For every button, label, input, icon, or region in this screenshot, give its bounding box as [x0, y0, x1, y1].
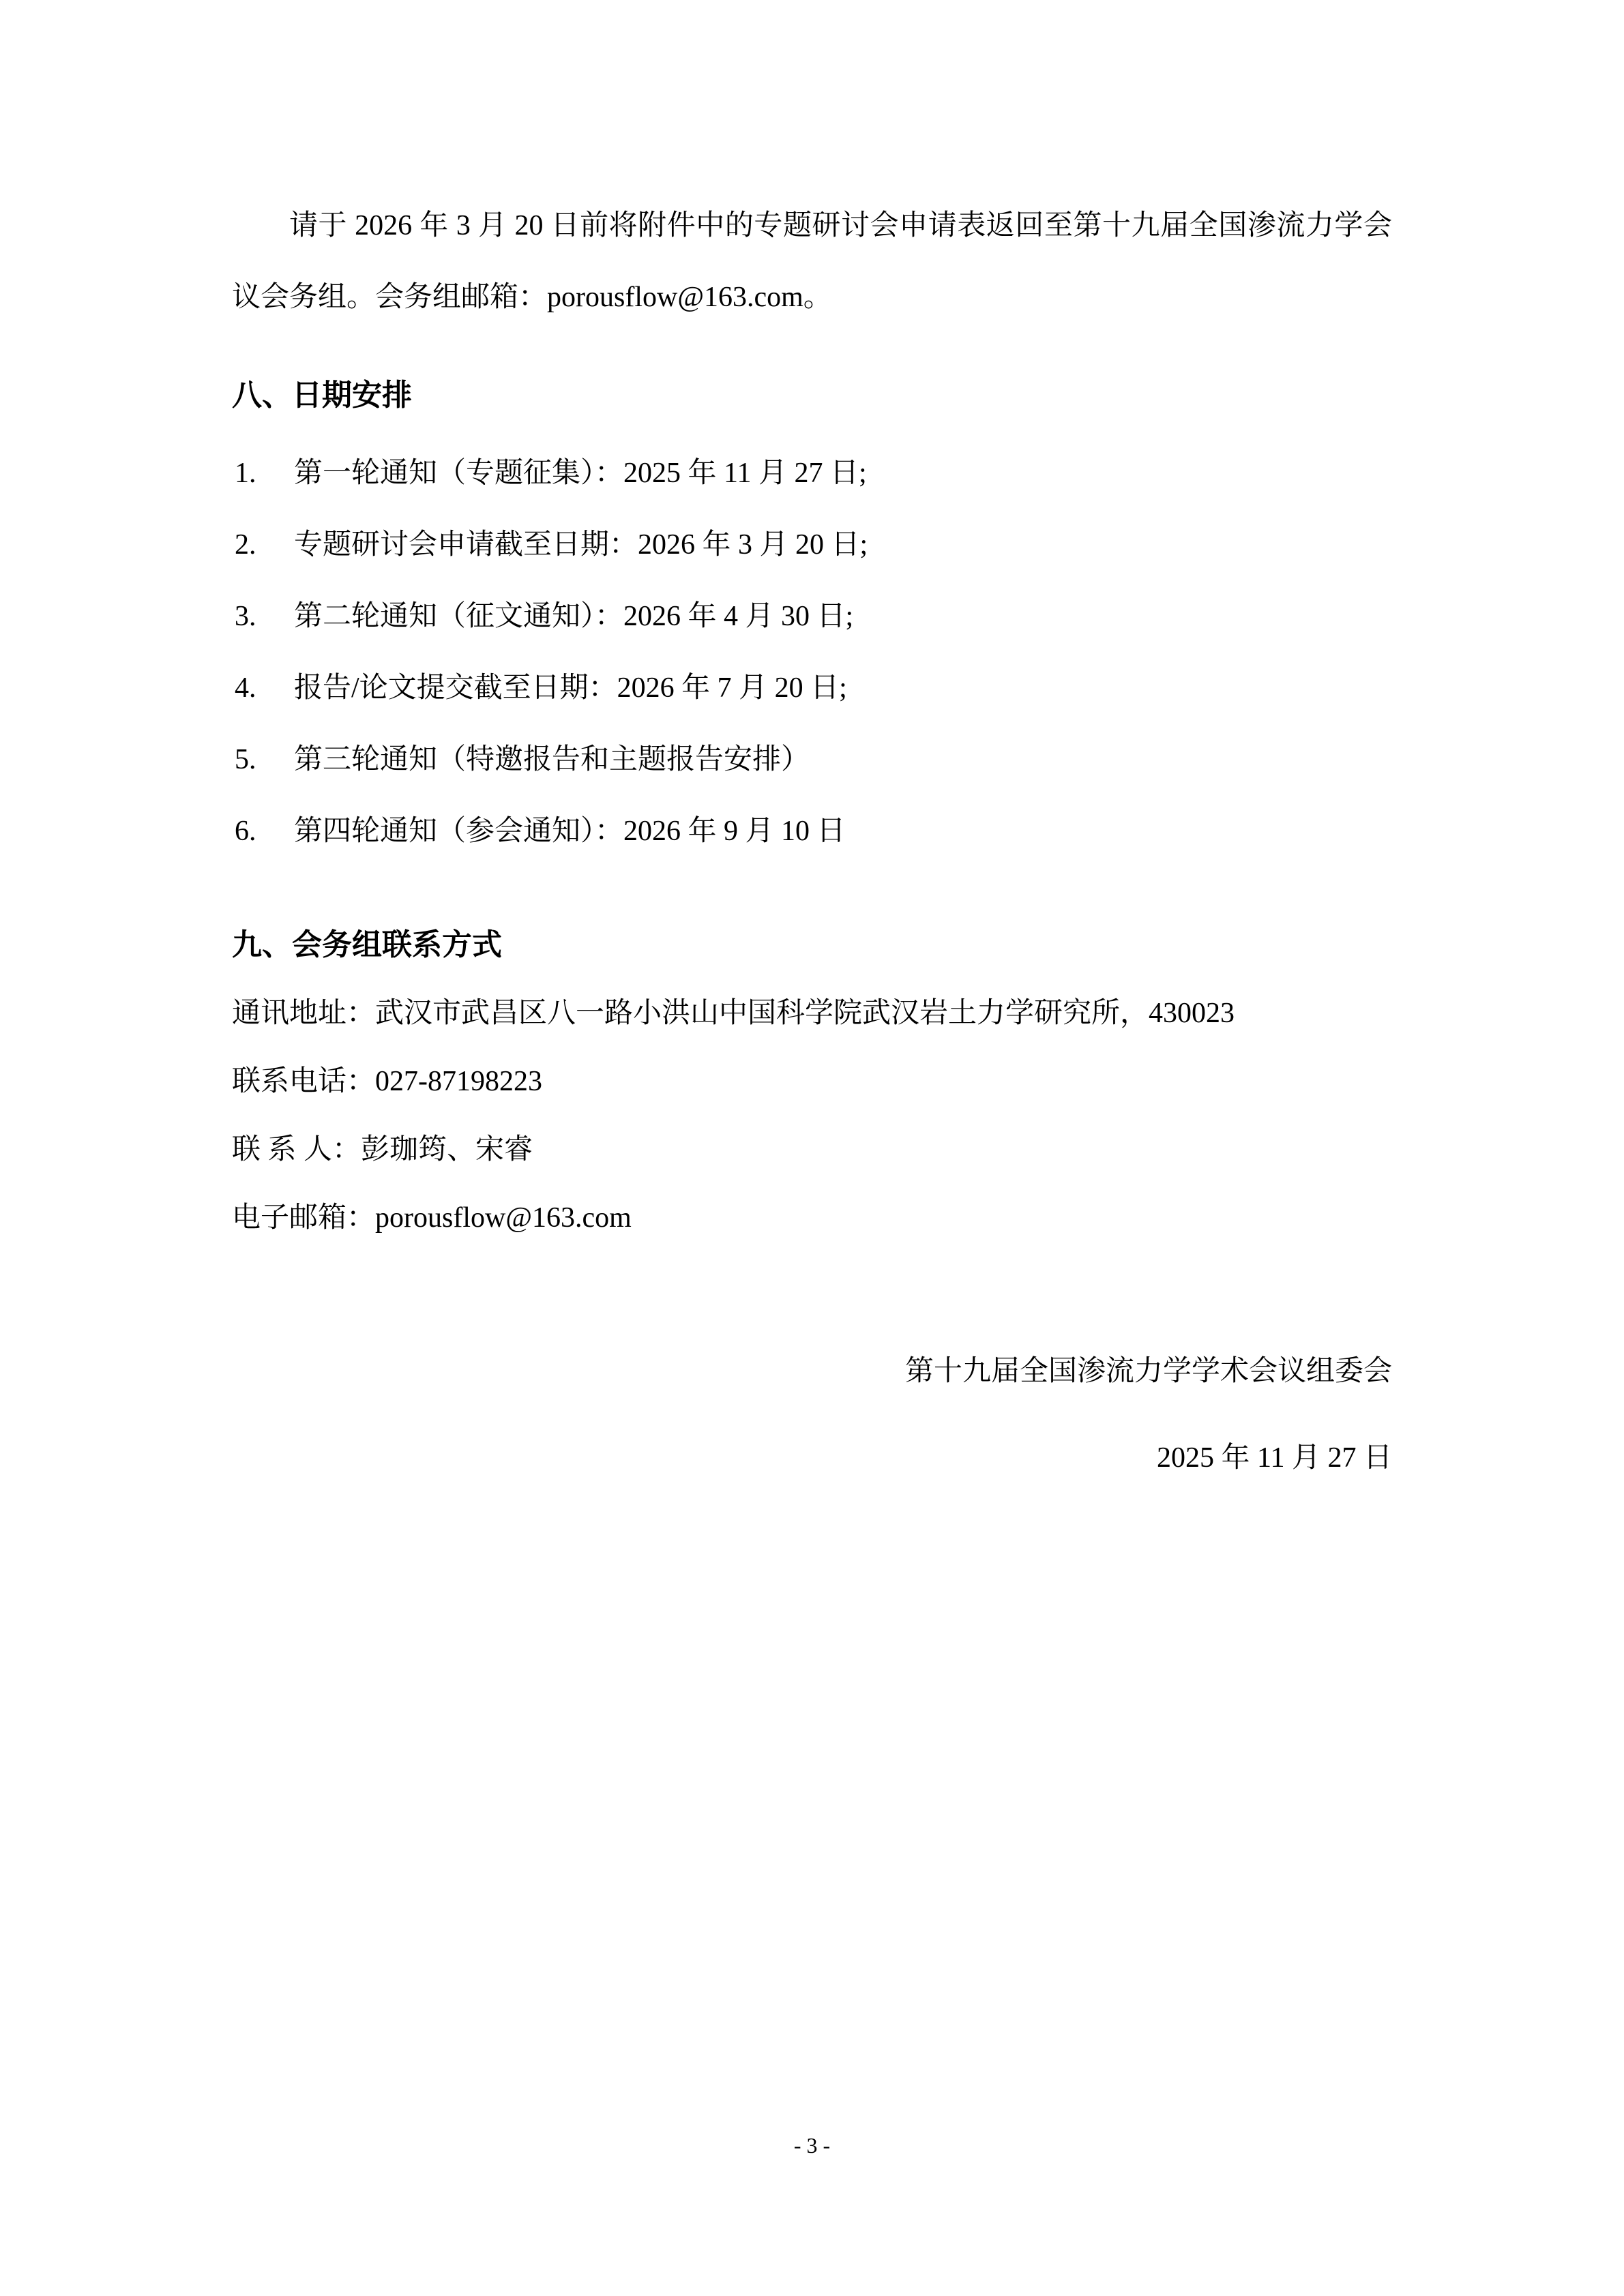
list-item-text: 报告/论文提交截至日期：2026 年 7 月 20 日;: [294, 653, 1392, 724]
contact-block: 通讯地址：武汉市武昌区八一路小洪山中国科学院武汉岩土力学研究所，430023 联…: [232, 979, 1392, 1252]
list-item: 2. 专题研讨会申请截至日期：2026 年 3 月 20 日;: [235, 509, 1392, 581]
signature-committee: 第十九届全国渗流力学学术会议组委会: [232, 1336, 1392, 1407]
list-item: 6. 第四轮通知（参会通知）：2026 年 9 月 10 日: [235, 796, 1392, 867]
list-item: 4. 报告/论文提交截至日期：2026 年 7 月 20 日;: [235, 653, 1392, 724]
contact-address: 通讯地址：武汉市武昌区八一路小洪山中国科学院武汉岩土力学研究所，430023: [232, 979, 1392, 1047]
list-item-text: 第二轮通知（征文通知）：2026 年 4 月 30 日;: [294, 581, 1392, 653]
list-item-text: 第三轮通知（特邀报告和主题报告安排）: [294, 724, 1392, 796]
list-item-number: 4.: [235, 653, 294, 724]
list-item-number: 2.: [235, 509, 294, 581]
list-item: 3. 第二轮通知（征文通知）：2026 年 4 月 30 日;: [235, 581, 1392, 653]
signature-date: 2025 年 11 月 27 日: [232, 1422, 1392, 1494]
contact-person: 联 系 人：彭珈筠、宋睿: [232, 1116, 1392, 1184]
list-item-text: 专题研讨会申请截至日期：2026 年 3 月 20 日;: [294, 509, 1392, 581]
list-item-number: 3.: [235, 581, 294, 653]
list-item-number: 6.: [235, 796, 294, 867]
section-heading-schedule: 八、日期安排: [232, 359, 1392, 431]
schedule-list: 1. 第一轮通知（专题征集）：2025 年 11 月 27 日; 2. 专题研讨…: [235, 438, 1392, 867]
contact-phone: 联系电话：027-87198223: [232, 1047, 1392, 1116]
list-item: 5. 第三轮通知（特邀报告和主题报告安排）: [235, 724, 1392, 796]
contact-email: 电子邮箱：porousflow@163.com: [232, 1184, 1392, 1252]
list-item-number: 1.: [235, 438, 294, 509]
list-item-number: 5.: [235, 724, 294, 796]
page-number: - 3 -: [0, 2132, 1624, 2159]
document-page: 请于 2026 年 3 月 20 日前将附件中的专题研讨会申请表返回至第十九届全…: [0, 0, 1624, 2296]
list-item-text: 第四轮通知（参会通知）：2026 年 9 月 10 日: [294, 796, 1392, 867]
intro-paragraph: 请于 2026 年 3 月 20 日前将附件中的专题研讨会申请表返回至第十九届全…: [232, 190, 1392, 333]
list-item-text: 第一轮通知（专题征集）：2025 年 11 月 27 日;: [294, 438, 1392, 509]
list-item: 1. 第一轮通知（专题征集）：2025 年 11 月 27 日;: [235, 438, 1392, 509]
section-heading-contact: 九、会务组联系方式: [232, 909, 1392, 981]
